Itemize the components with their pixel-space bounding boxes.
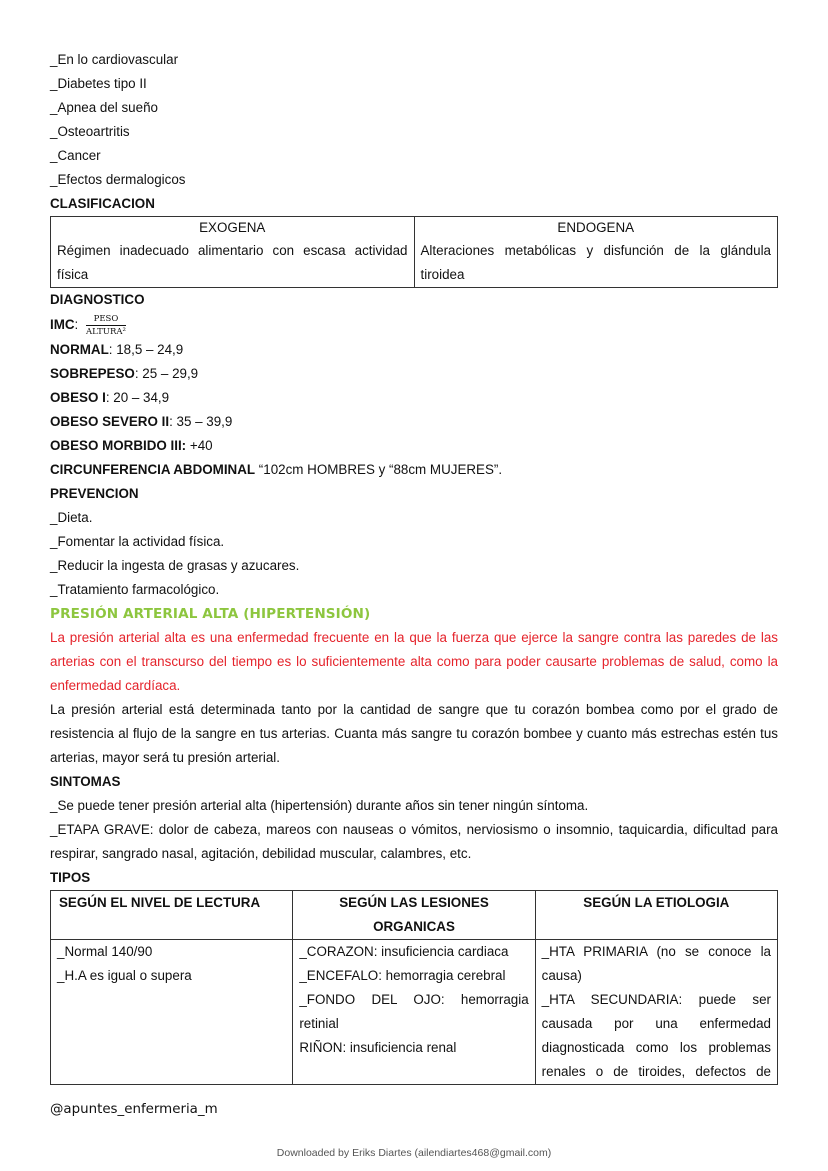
- document-page: _En lo cardiovascular _Diabetes tipo II …: [50, 48, 778, 1085]
- hipertension-explanation: La presión arterial está determinada tan…: [50, 698, 778, 770]
- list-item: _Apnea del sueño: [50, 96, 778, 120]
- section-heading-tipos: TIPOS: [50, 866, 778, 890]
- abdominal-circumference: CIRCUNFERENCIA ABDOMINAL “102cm HOMBRES …: [50, 458, 778, 482]
- section-heading-hipertension: PRESIÓN ARTERIAL ALTA (HIPERTENSIÓN): [50, 602, 778, 626]
- list-item: _Efectos dermalogicos: [50, 168, 778, 192]
- tipos-table: SEGÚN EL NIVEL DE LECTURA SEGÚN LAS LESI…: [50, 890, 778, 1085]
- list-item: _ETAPA GRAVE: dolor de cabeza, mareos co…: [50, 818, 778, 866]
- imc-range: OBESO MORBIDO III: +40: [50, 434, 778, 458]
- imc-fraction: PESO ALTURA²: [86, 314, 126, 337]
- table-header: EXOGENA: [51, 217, 415, 240]
- imc-range: SOBREPESO: 25 – 29,9: [50, 362, 778, 386]
- imc-label: IMC: [50, 317, 75, 332]
- table-header: SEGÚN EL NIVEL DE LECTURA: [51, 891, 293, 940]
- list-item: _Fomentar la actividad física.: [50, 530, 778, 554]
- list-item: _Tratamiento farmacológico.: [50, 578, 778, 602]
- fraction-denominator: ALTURA²: [86, 326, 126, 337]
- imc-formula: IMC: PESO ALTURA²: [50, 312, 778, 338]
- clasificacion-table: EXOGENA ENDOGENA Régimen inadecuado alim…: [50, 216, 778, 288]
- list-item: _Diabetes tipo II: [50, 72, 778, 96]
- section-heading-prevencion: PREVENCION: [50, 482, 778, 506]
- imc-range: NORMAL: 18,5 – 24,9: [50, 338, 778, 362]
- download-note: Downloaded by Eriks Diartes (ailendiarte…: [0, 1147, 828, 1159]
- list-item: _Se puede tener presión arterial alta (h…: [50, 794, 778, 818]
- table-header: SEGÚN LA ETIOLOGIA: [535, 891, 777, 940]
- prevencion-list: _Dieta. _Fomentar la actividad física. _…: [50, 506, 778, 602]
- table-cell: _HTA PRIMARIA (no se conoce la causa) _H…: [535, 940, 777, 1085]
- author-handle: @apuntes_enfermeria_m: [50, 1102, 218, 1117]
- table-cell: Régimen inadecuado alimentario con escas…: [51, 239, 415, 288]
- hipertension-definition: La presión arterial alta es una enfermed…: [50, 626, 778, 698]
- list-item: _Osteoartritis: [50, 120, 778, 144]
- table-header: SEGÚN LAS LESIONES ORGANICAS: [293, 891, 535, 940]
- imc-range: OBESO I: 20 – 34,9: [50, 386, 778, 410]
- table-header: ENDOGENA: [414, 217, 778, 240]
- list-item: _Reducir la ingesta de grasas y azucares…: [50, 554, 778, 578]
- imc-range: OBESO SEVERO II: 35 – 39,9: [50, 410, 778, 434]
- risk-list: _En lo cardiovascular _Diabetes tipo II …: [50, 48, 778, 192]
- section-heading-sintomas: SINTOMAS: [50, 770, 778, 794]
- table-cell: Alteraciones metabólicas y disfunción de…: [414, 239, 778, 288]
- table-cell: _Normal 140/90 _H.A es igual o supera: [51, 940, 293, 1085]
- table-cell: _CORAZON: insuficiencia cardiaca _ENCEFA…: [293, 940, 535, 1085]
- list-item: _En lo cardiovascular: [50, 48, 778, 72]
- list-item: _Cancer: [50, 144, 778, 168]
- section-heading-clasificacion: CLASIFICACION: [50, 192, 778, 216]
- fraction-numerator: PESO: [86, 314, 126, 326]
- list-item: _Dieta.: [50, 506, 778, 530]
- section-heading-diagnostico: DIAGNOSTICO: [50, 288, 778, 312]
- imc-ranges: NORMAL: 18,5 – 24,9 SOBREPESO: 25 – 29,9…: [50, 338, 778, 482]
